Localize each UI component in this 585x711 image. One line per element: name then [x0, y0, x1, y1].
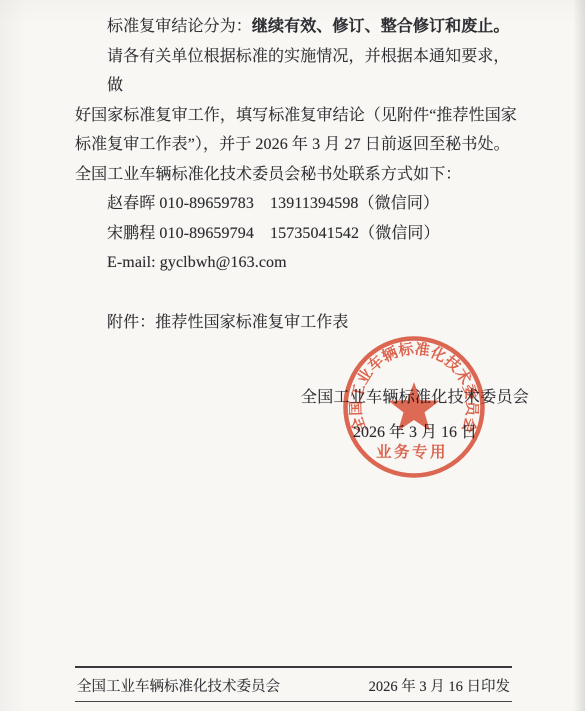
- contact-email: E-mail: gyclbwh@163.com: [75, 248, 517, 278]
- body-line: 好国家标准复审工作，填写标准复审结论（见附件“推荐性国家: [75, 101, 517, 131]
- body-line: 全国工业车辆标准化技术委员会秘书处联系方式如下：: [75, 160, 517, 190]
- footer-organization: 全国工业车辆标准化技术委员会: [77, 675, 280, 696]
- body-line: 标准复审工作表”），并于 2026 年 3 月 27 日前返回至秘书处。: [75, 130, 517, 160]
- scanned-document-page: 标准复审结论分为：继续有效、修订、整合修订和废止。 请各有关单位根据标准的实施情…: [0, 0, 585, 711]
- seal-bottom-text: 业务专用: [376, 442, 448, 461]
- review-conclusions-prefix: 标准复审结论分为：: [107, 18, 252, 35]
- footer-print-date: 2026 年 3 月 16 日印发: [369, 675, 510, 696]
- footer-bottom-rule: [75, 701, 512, 702]
- body-line: 请各有关单位根据标准的实施情况，并根据本通知要求，做: [75, 42, 517, 101]
- paragraph-review-conclusions: 标准复审结论分为：继续有效、修订、整合修订和废止。: [75, 12, 517, 42]
- official-seal: 全国工业车辆标准化技术委员会 业务专用: [339, 332, 489, 482]
- contact-line-zhao: 赵春晖 010-89659783 13911394598（微信同）: [75, 189, 517, 219]
- document-body: 标准复审结论分为：继续有效、修订、整合修订和废止。 请各有关单位根据标准的实施情…: [75, 12, 517, 337]
- review-conclusions-emphasis: 继续有效、修订、整合修订和废止。: [252, 18, 510, 35]
- contact-line-song: 宋鹏程 010-89659794 15735041542（微信同）: [75, 219, 517, 249]
- seal-star-icon: [388, 382, 439, 431]
- document-footer: 全国工业车辆标准化技术委员会 2026 年 3 月 16 日印发: [75, 666, 512, 702]
